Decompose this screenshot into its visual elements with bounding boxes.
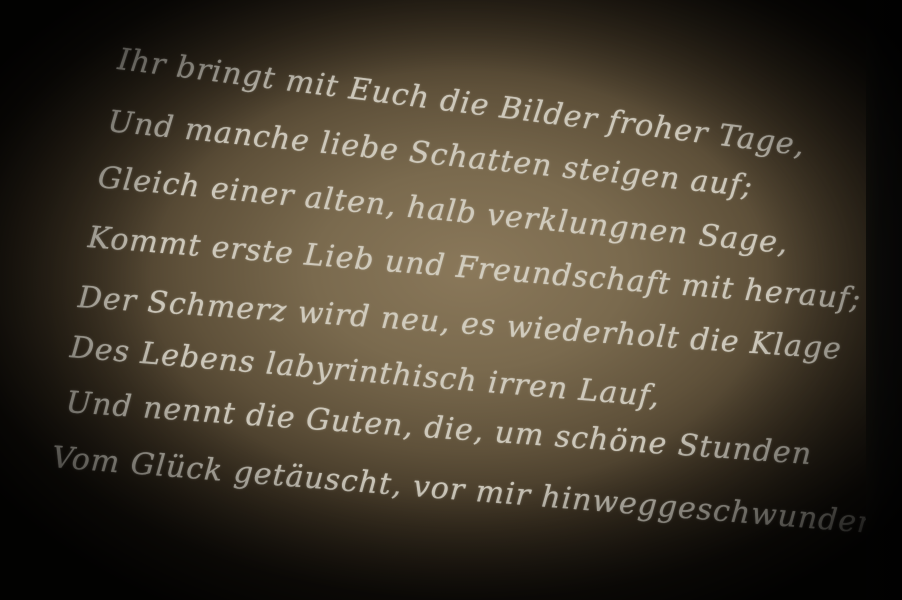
paper-sheet: Ihr bringt mit Euch die Bilder froher Ta… [0,0,866,600]
photograph: Ihr bringt mit Euch die Bilder froher Ta… [0,0,902,600]
dark-background-edge [866,0,902,600]
